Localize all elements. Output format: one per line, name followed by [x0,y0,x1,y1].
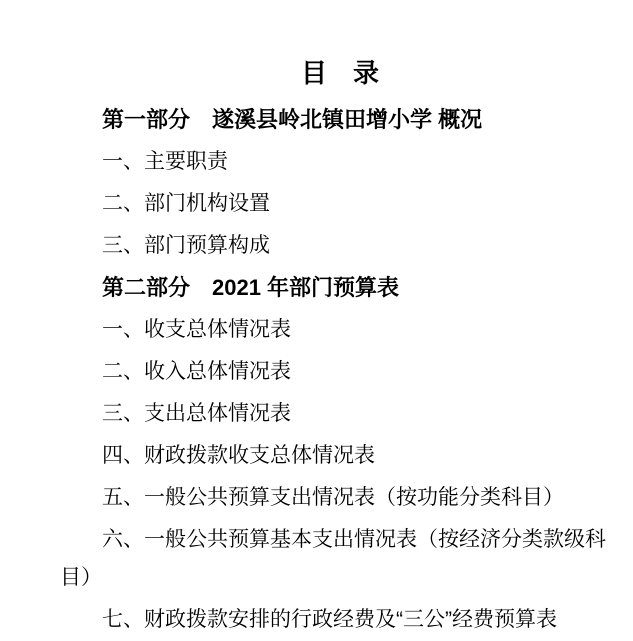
section-1-heading: 第一部分 遂溪县岭北镇田增小学 概况 [60,101,620,139]
toc-item-s2-7: 七、财政拨款安排的行政经费及“三公”经费预算表 [60,601,620,639]
document-page: 目 录 第一部分 遂溪县岭北镇田增小学 概况 一、主要职责 二、部门机构设置 三… [0,0,633,641]
toc-item-s2-4: 四、财政拨款收支总体情况表 [60,437,620,475]
toc-item-s2-5: 五、一般公共预算支出情况表（按功能分类科目） [60,479,620,517]
toc-item-s2-1: 一、收支总体情况表 [60,311,620,349]
section-2-heading: 第二部分 2021 年部门预算表 [60,269,620,307]
toc-item-s1-2: 二、部门机构设置 [60,185,620,223]
toc-item-s2-2: 二、收入总体情况表 [60,353,620,391]
toc-item-s1-3: 三、部门预算构成 [60,227,620,265]
toc-item-s2-6: 六、一般公共预算基本支出情况表（按经济分类款级科目） [60,521,620,597]
toc-item-s1-1: 一、主要职责 [60,143,620,181]
toc-item-s2-3: 三、支出总体情况表 [60,395,620,433]
page-title: 目 录 [60,55,620,91]
